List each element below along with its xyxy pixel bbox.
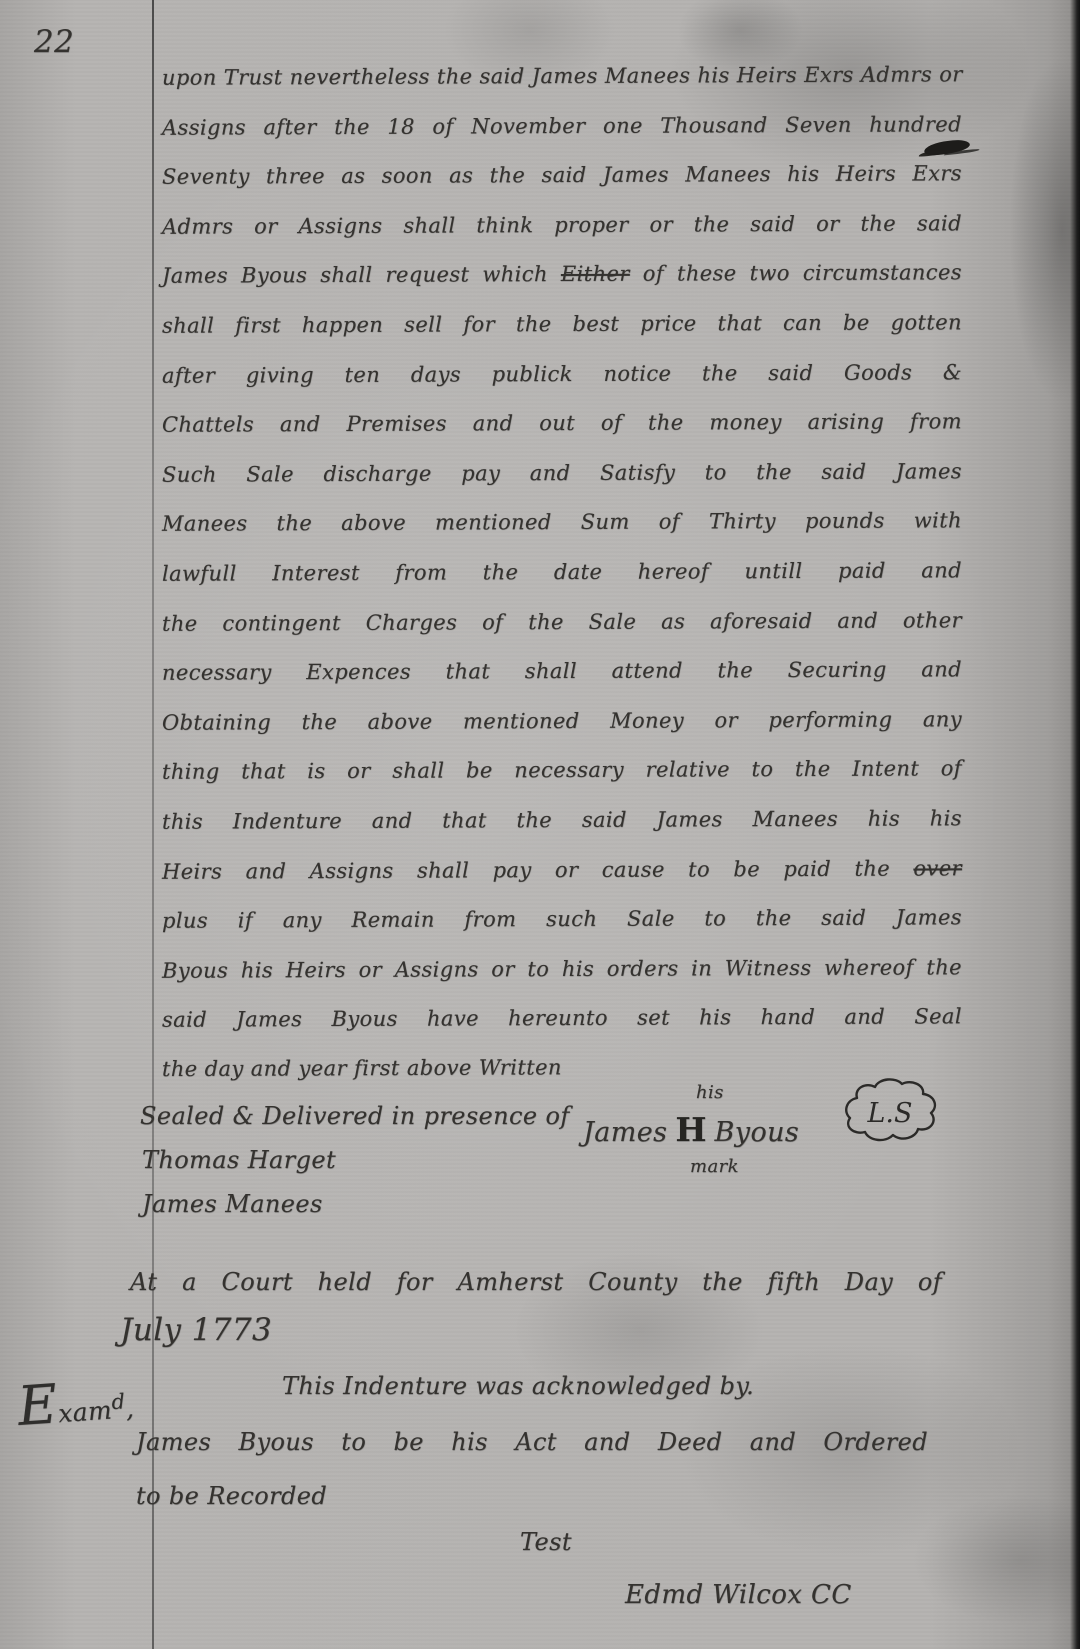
margin-rule-line: [152, 0, 154, 1649]
manuscript-line: Admrs or Assigns shall think proper or t…: [162, 211, 962, 264]
manuscript-page: 22 upon Trust nevertheless the said Jame…: [0, 0, 1080, 1649]
manuscript-line: lawfull Interest from the date hereof un…: [162, 558, 962, 611]
manuscript-line: Byous his Heirs or Assigns or to his ord…: [162, 955, 962, 1008]
page-number: 22: [34, 24, 74, 60]
seal-text: L.S: [866, 1098, 912, 1129]
sealed-delivered-line: Sealed & Delivered in presence of: [140, 1102, 570, 1130]
manuscript-line: upon Trust nevertheless the said James M…: [162, 62, 962, 115]
signer-signature: JamesHByous: [583, 1110, 799, 1149]
signer-first-name: James: [583, 1117, 667, 1148]
struck-word: over: [913, 856, 962, 880]
manuscript-line: James Byous shall request which Either o…: [162, 261, 962, 314]
manuscript-line: thing that is or shall be necessary rela…: [162, 757, 962, 810]
manuscript-line: Seventy three as soon as the said James …: [162, 161, 962, 214]
witness-list: Thomas HargetJames Manees: [142, 1146, 336, 1234]
test-label: Test: [520, 1528, 572, 1556]
manuscript-line: Chattels and Premises and out of the mon…: [162, 409, 962, 462]
page-binding-edge: [1070, 0, 1080, 1649]
acknowledgement-line-2: James Byous to be his Act and Deed and O…: [136, 1428, 928, 1456]
examined-margin-note: Examd,: [17, 1384, 135, 1431]
manuscript-line: Manees the above mentioned Sum of Thirty…: [162, 509, 962, 562]
manuscript-line: Heirs and Assigns shall pay or cause to …: [162, 856, 962, 909]
court-date-line: July 1773: [120, 1312, 272, 1348]
manuscript-line: Assigns after the 18 of November one Tho…: [162, 112, 962, 165]
deed-body-text: upon Trust nevertheless the said James M…: [162, 64, 962, 1105]
manuscript-line: the day and year first above Written: [162, 1055, 642, 1107]
acknowledgement-line-1: This Indenture was acknowledged by.: [282, 1372, 754, 1400]
clerk-signature: Edmd Wilcox CC: [625, 1580, 852, 1610]
his-label: his: [696, 1082, 724, 1103]
examined-word: Exam: [17, 1396, 113, 1431]
manuscript-line: this Indenture and that the said James M…: [162, 806, 962, 859]
examined-comma: ,: [125, 1394, 135, 1424]
signer-last-name: Byous: [715, 1117, 800, 1148]
witness-signature: James Manees: [142, 1190, 336, 1234]
manuscript-line: said James Byous have hereunto set his h…: [162, 1005, 962, 1058]
signer-mark-letter: H: [667, 1110, 714, 1149]
examined-superscript: d: [111, 1389, 126, 1414]
struck-word: Either: [561, 262, 630, 286]
manuscript-line: the contingent Charges of the Sale as af…: [162, 608, 962, 661]
seal-icon: L.S: [838, 1078, 942, 1144]
manuscript-line: shall first happen sell for the best pri…: [162, 310, 962, 363]
manuscript-line: Obtaining the above mentioned Money or p…: [162, 707, 962, 760]
mark-label: mark: [690, 1156, 739, 1177]
manuscript-line: plus if any Remain from such Sale to the…: [162, 905, 962, 958]
manuscript-line: after giving ten days publick notice the…: [162, 360, 962, 413]
witness-signature: Thomas Harget: [142, 1146, 336, 1190]
manuscript-line: Such Sale discharge pay and Satisfy to t…: [162, 459, 962, 512]
court-held-line: At a Court held for Amherst County the f…: [130, 1268, 942, 1296]
acknowledgement-line-3: to be Recorded: [136, 1482, 327, 1510]
manuscript-line: necessary Expences that shall attend the…: [162, 657, 962, 710]
